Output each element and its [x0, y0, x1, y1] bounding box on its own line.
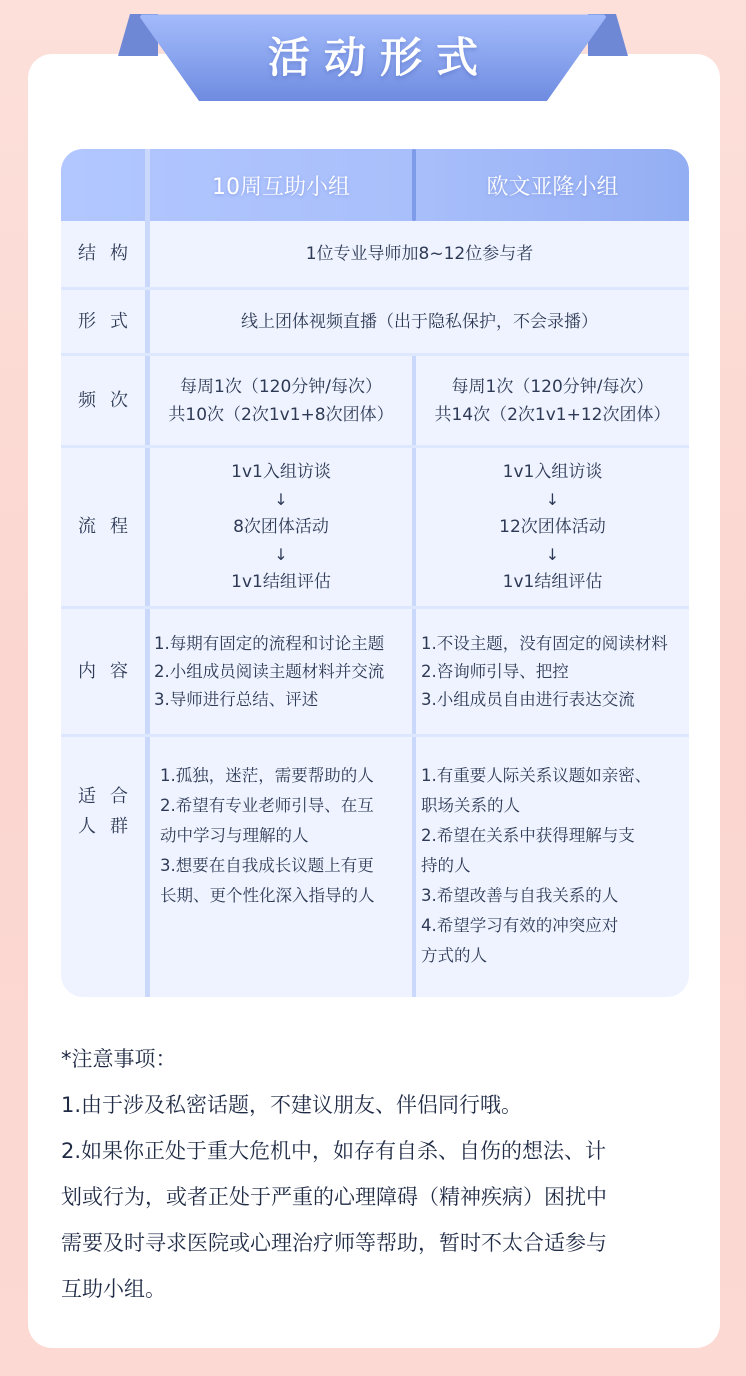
cell-frequency-yalom: 每周1次（120分钟/每次） 共14次（2次1v1+12次团体）: [416, 356, 689, 445]
audience-label-line: 人群: [78, 812, 142, 842]
row-divider: [61, 734, 689, 737]
process-step: 1v1结组评估: [503, 568, 603, 596]
cell-audience-yalom: 1.有重要人际关系议题如亲密、 职场关系的人 2.希望在关系中获得理解与支 持的…: [416, 761, 689, 971]
notes-line: 2.如果你正处于重大危机中，如存有自杀、自伤的想法、计: [61, 1128, 701, 1174]
content-item: 2.咨询师引导、把控: [421, 658, 569, 686]
format-text: 线上团体视频直播（出于隐私保护，不会录播）: [241, 308, 598, 336]
column-header-yalom: 欧文亚隆小组: [416, 149, 689, 221]
content-item: 2.小组成员阅读主题材料并交流: [154, 658, 384, 686]
arrow-down-icon: ↓: [274, 541, 287, 568]
audience-item: 方式的人: [421, 941, 487, 971]
notes-line: 1.由于涉及私密话题，不建议朋友、伴侣同行哦。: [61, 1082, 701, 1128]
arrow-down-icon: ↓: [546, 486, 559, 513]
notes-line: 需要及时寻求医院或心理治疗师等帮助，暂时不太合适参与: [61, 1220, 701, 1266]
cell-frequency-10-week: 每周1次（120分钟/每次） 共10次（2次1v1+8次团体）: [150, 356, 412, 445]
cell-audience-10-week: 1.孤独，迷茫，需要帮助的人 2.希望有专业老师引导、在互 动中学习与理解的人 …: [150, 761, 412, 911]
audience-item: 4.希望学习有效的冲突应对: [421, 911, 618, 941]
row-label-content: 内容: [61, 609, 145, 734]
cell-format: 线上团体视频直播（出于隐私保护，不会录播）: [150, 290, 689, 353]
row-label-process: 流程: [61, 448, 145, 606]
column-header-10-week: 10周互助小组: [150, 149, 412, 221]
row-label-audience: 适合 人群: [61, 737, 145, 887]
process-step: 1v1入组访谈: [503, 458, 603, 486]
audience-item: 长期、更个性化深入指导的人: [160, 881, 375, 911]
notes-heading: *注意事项：: [61, 1036, 701, 1082]
process-step: 8次团体活动: [233, 513, 329, 541]
cell-process-10-week: 1v1入组访谈 ↓ 8次团体活动 ↓ 1v1结组评估: [150, 448, 412, 606]
content-item: 3.导师进行总结、评述: [154, 686, 318, 714]
cell-structure: 1位专业导师加8~12位参与者: [150, 221, 689, 287]
audience-item: 动中学习与理解的人: [160, 821, 309, 851]
audience-item: 1.孤独，迷茫，需要帮助的人: [160, 761, 374, 791]
content-item: 1.每期有固定的流程和讨论主题: [154, 630, 384, 658]
frequency-line: 共10次（2次1v1+8次团体）: [168, 401, 393, 429]
notes-line: 互助小组。: [61, 1266, 701, 1312]
audience-item: 1.有重要人际关系议题如亲密、: [421, 761, 651, 791]
frequency-line: 共14次（2次1v1+12次团体）: [434, 401, 670, 429]
audience-item: 2.希望在关系中获得理解与支: [421, 821, 635, 851]
arrow-down-icon: ↓: [546, 541, 559, 568]
structure-text: 1位专业导师加8~12位参与者: [306, 240, 534, 268]
row-label-structure: 结构: [61, 221, 145, 287]
cell-content-yalom: 1.不设主题，没有固定的阅读材料 2.咨询师引导、把控 3.小组成员自由进行表达…: [416, 609, 689, 734]
content-item: 3.小组成员自由进行表达交流: [421, 686, 635, 714]
audience-label-line: 适合: [78, 782, 142, 812]
process-step: 1v1入组访谈: [231, 458, 331, 486]
process-step: 1v1结组评估: [231, 568, 331, 596]
arrow-down-icon: ↓: [274, 486, 287, 513]
audience-item: 持的人: [421, 851, 471, 881]
frequency-line: 每周1次（120分钟/每次）: [452, 373, 654, 401]
row-label-frequency: 频次: [61, 356, 145, 445]
frequency-line: 每周1次（120分钟/每次）: [180, 373, 382, 401]
audience-item: 3.希望改善与自我关系的人: [421, 881, 618, 911]
audience-item: 3.想要在自我成长议题上有更: [160, 851, 374, 881]
audience-item: 职场关系的人: [421, 791, 520, 821]
comparison-table: 10周互助小组 欧文亚隆小组 结构 1位专业导师加8~12位参与者 形式 线上团…: [61, 149, 689, 997]
cell-content-10-week: 1.每期有固定的流程和讨论主题 2.小组成员阅读主题材料并交流 3.导师进行总结…: [150, 609, 412, 734]
audience-item: 2.希望有专业老师引导、在互: [160, 791, 374, 821]
content-item: 1.不设主题，没有固定的阅读材料: [421, 630, 668, 658]
row-label-format: 形式: [61, 290, 145, 353]
notes-section: *注意事项： 1.由于涉及私密话题，不建议朋友、伴侣同行哦。 2.如果你正处于重…: [61, 1036, 701, 1312]
notes-line: 划或行为，或者正处于严重的心理障碍（精神疾病）困扰中: [61, 1174, 701, 1220]
banner-title: 活动形式: [138, 22, 608, 88]
process-step: 12次团体活动: [499, 513, 606, 541]
cell-process-yalom: 1v1入组访谈 ↓ 12次团体活动 ↓ 1v1结组评估: [416, 448, 689, 606]
header-column-divider: [412, 149, 416, 221]
